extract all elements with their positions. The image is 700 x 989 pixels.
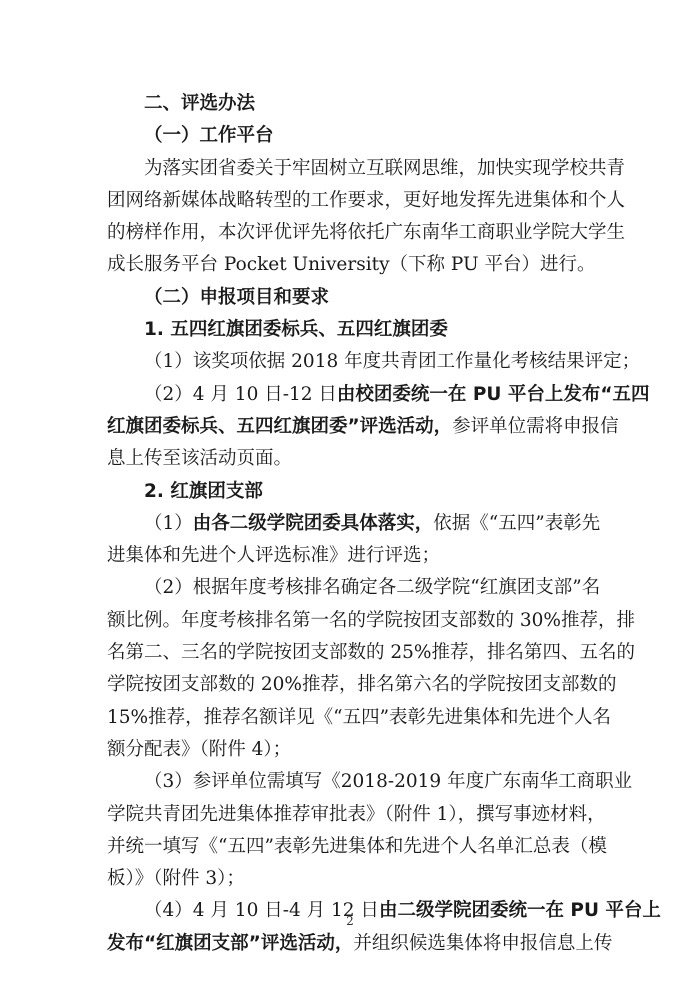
text-run: 参评单位需将申报信 xyxy=(452,416,619,437)
paragraph-line: 15%推荐，推荐名额详见《“五四”表彰先进集体和先进个人名 xyxy=(107,702,593,734)
paragraph-line: 进集体和先进个人评选标准》进行评选； xyxy=(107,540,593,572)
paragraph-line: 发布“红旗团支部”评选活动，并组织候选集体将申报信息上传 xyxy=(107,928,593,960)
text-run: 并组织候选集体将申报信息上传 xyxy=(353,933,612,954)
bold-text-run: 发布“红旗团支部”评选活动， xyxy=(107,933,353,954)
bold-text-run: 由校团委统一在 PU 平台上发布“五四 xyxy=(337,384,650,405)
paragraph-line: 额分配表》（附件 4）； xyxy=(107,734,593,766)
paragraph-line: 额比例。年度考核排名第一名的学院按团支部数的 30%推荐，排 xyxy=(107,605,593,637)
document-page: 二、评选办法 （一）工作平台 为落实团省委关于牢固树立互联网思维，加快实现学校共… xyxy=(0,0,700,989)
paragraph-line: 并统一填写《“五四”表彰先进集体和先进个人名单汇总表（模 xyxy=(107,831,593,863)
bold-text-run: 红旗团委标兵、五四红旗团委”评选活动， xyxy=(107,416,452,437)
paragraph-line: 学院按团支部数的 20%推荐，排名第六名的学院按团支部数的 xyxy=(107,669,593,701)
paragraph-line: 为落实团省委关于牢固树立互联网思维，加快实现学校共青 xyxy=(107,153,593,185)
paragraph-line: 红旗团委标兵、五四红旗团委”评选活动，参评单位需将申报信 xyxy=(107,411,593,443)
paragraph-line: 团网络新媒体战略转型的工作要求，更好地发挥先进集体和个人 xyxy=(107,185,593,217)
text-run: 依据《“五四”表彰先 xyxy=(433,513,600,534)
paragraph-line: 息上传至该活动页面。 xyxy=(107,443,593,475)
item-heading-2: 2. 红旗团支部 xyxy=(107,476,593,508)
text-run: （1） xyxy=(144,513,193,534)
section-heading: 二、评选办法 xyxy=(107,88,593,120)
item-heading-1: 1. 五四红旗团委标兵、五四红旗团委 xyxy=(107,314,593,346)
paragraph-line: （3）参评单位需填写《2018-2019 年度广东南华工商职业 xyxy=(107,766,593,798)
paragraph-line: （1）由各二级学院团委具体落实，依据《“五四”表彰先 xyxy=(107,508,593,540)
text-run: （2）4 月 10 日-12 日 xyxy=(144,384,337,405)
subsection-heading-platform: （一）工作平台 xyxy=(107,120,593,152)
paragraph-line: （2）根据年度考核排名确定各二级学院“红旗团支部”名 xyxy=(107,572,593,604)
paragraph-line: 板）》（附件 3）； xyxy=(107,863,593,895)
paragraph-line: 名第二、三名的学院按团支部数的 25%推荐，排名第四、五名的 xyxy=(107,637,593,669)
paragraph-line: 成长服务平台 Pocket University（下称 PU 平台）进行。 xyxy=(107,249,593,281)
paragraph-line: （2）4 月 10 日-12 日由校团委统一在 PU 平台上发布“五四 xyxy=(107,379,593,411)
subsection-heading-items: （二）申报项目和要求 xyxy=(107,282,593,314)
document-body: 二、评选办法 （一）工作平台 为落实团省委关于牢固树立互联网思维，加快实现学校共… xyxy=(107,88,593,960)
page-number: 2 xyxy=(0,914,700,928)
bold-text-run: 由各二级学院团委具体落实， xyxy=(193,513,434,534)
paragraph-line: （1）该奖项依据 2018 年度共青团工作量化考核结果评定； xyxy=(107,346,593,378)
paragraph-line: 的榜样作用，本次评优评先将依托广东南华工商职业学院大学生 xyxy=(107,217,593,249)
paragraph-line: 学院共青团先进集体推荐审批表》（附件 1），撰写事迹材料， xyxy=(107,799,593,831)
